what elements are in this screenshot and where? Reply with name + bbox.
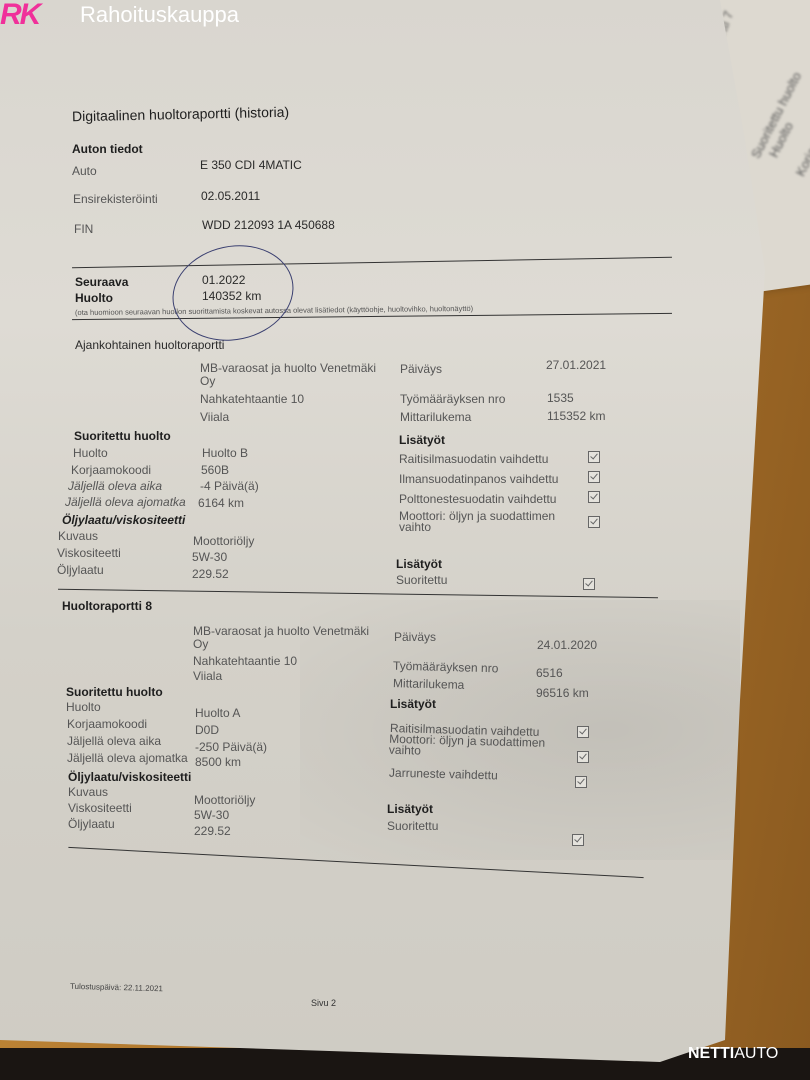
viscosity-label: Viskositeetti [68, 801, 132, 815]
remaining-time-label: Jäljellä oleva aika [67, 734, 161, 748]
background-paper-line: Korjaamo [793, 122, 810, 178]
odometer-value: 115352 km [547, 409, 605, 423]
checkbox-checked [588, 491, 600, 503]
page-number: Sivu 2 [311, 998, 336, 1008]
checkbox-checked [588, 451, 600, 463]
work-order-value: 1535 [547, 391, 574, 405]
first-registration-value: 02.05.2011 [201, 189, 260, 203]
performed-service-heading: Suoritettu huolto [66, 685, 163, 699]
oil-heading: Öljylaatu/viskositeetti [68, 770, 191, 784]
date-value: 27.01.2021 [546, 358, 606, 372]
workshop-code-value: 560B [201, 463, 229, 477]
checkbox-checked [588, 516, 600, 528]
nettiauto-logo-bold: NETTI [688, 1045, 734, 1062]
extra-work-item: Raitisilmasuodatin vaihdettu [399, 452, 548, 466]
report-8-heading: Huoltoraportti 8 [62, 599, 152, 613]
checkbox-checked [577, 726, 589, 738]
oil-grade-label: Öljylaatu [57, 563, 104, 577]
service-label: Huolto [66, 700, 101, 714]
work-order-label: Työmääräyksen nro [393, 659, 499, 676]
extra-work-item: Moottori: öljyn ja suodattimen vaihto [399, 511, 569, 533]
work-order-value: 6516 [536, 666, 563, 680]
extra-work-item: Jarruneste vaihdettu [389, 766, 498, 783]
workshop-city: Viiala [200, 410, 229, 424]
workshop-code-label: Korjaamokoodi [71, 463, 151, 477]
service-value: Huolto B [202, 446, 248, 460]
extra-work-heading: Lisätyöt [390, 697, 436, 711]
service-label: Huolto [73, 446, 108, 460]
date-value: 24.01.2020 [537, 638, 597, 652]
performed-service-heading: Suoritettu huolto [74, 429, 171, 443]
oil-grade-value: 229.52 [194, 824, 231, 838]
workshop-code-value: D0D [195, 723, 219, 737]
car-info-heading: Auton tiedot [72, 142, 143, 156]
extra-work-heading-2: Lisätyöt [387, 802, 433, 816]
remaining-distance-label: Jäljellä oleva ajomatka [67, 751, 188, 765]
workshop-name-suffix: Oy [200, 374, 215, 388]
workshop-city: Viiala [193, 669, 222, 683]
next-service-label: Seuraava [75, 275, 128, 289]
date-label: Päiväys [394, 630, 436, 644]
extra-work-item: Ilmansuodatinpanos vaihdettu [399, 472, 558, 486]
checkbox-checked [577, 751, 589, 763]
nettiauto-logo: NETTIAUTO [688, 1045, 778, 1063]
rahoituskauppa-logo-text: Rahoituskauppa [80, 2, 239, 28]
checkbox-checked [588, 471, 600, 483]
oil-grade-value: 229.52 [192, 567, 229, 581]
first-registration-label: Ensirekisteröinti [73, 192, 158, 206]
workshop-name: MB-varaosat ja huolto Venetmäki [193, 624, 369, 638]
workshop-address: Nahkatehtaantie 10 [193, 654, 297, 668]
oil-description-label: Kuvaus [58, 529, 98, 543]
work-order-label: Työmääräyksen nro [400, 392, 505, 406]
extra-work-item: Moottori: öljyn ja suodattimen vaihto [389, 734, 560, 760]
car-model-label: Auto [72, 164, 97, 178]
car-model-value: E 350 CDI 4MATIC [200, 158, 302, 172]
remaining-distance-value: 6164 km [198, 496, 244, 510]
date-label: Päiväys [400, 362, 442, 376]
odometer-value: 96516 km [536, 686, 589, 700]
rahoituskauppa-logo-icon: RK [0, 0, 39, 30]
workshop-name: MB-varaosat ja huolto Venetmäki [200, 361, 376, 375]
checkbox-checked [575, 776, 587, 788]
oil-heading: Öljylaatu/viskositeetti [62, 513, 185, 527]
checkbox-checked [572, 834, 584, 846]
oil-description-value: Moottoriöljy [193, 534, 254, 548]
completed-label: Suoritettu [387, 819, 438, 833]
workshop-name-suffix: Oy [193, 637, 208, 651]
vin-value: WDD 212093 1A 450688 [202, 218, 335, 232]
checkbox-checked [583, 578, 595, 590]
extra-work-heading-2: Lisätyöt [396, 557, 442, 571]
remaining-time-value: -250 Päivä(ä) [195, 740, 267, 754]
oil-description-value: Moottoriöljy [194, 793, 255, 807]
extra-work-item: Polttonestesuodatin vaihdettu [399, 492, 556, 506]
remaining-time-label: Jäljellä oleva aika [68, 479, 162, 493]
odometer-label: Mittarilukema [400, 410, 471, 424]
completed-label: Suoritettu [396, 573, 447, 587]
vin-label: FIN [74, 222, 93, 236]
viscosity-value: 5W-30 [194, 808, 229, 822]
current-report-heading: Ajankohtainen huoltoraportti [75, 338, 224, 352]
oil-grade-label: Öljylaatu [68, 817, 115, 831]
extra-work-heading: Lisätyöt [399, 433, 445, 447]
service-value: Huolto A [195, 706, 240, 720]
viscosity-value: 5W-30 [192, 550, 227, 564]
nettiauto-logo-light: AUTO [734, 1045, 778, 1062]
workshop-code-label: Korjaamokoodi [67, 717, 147, 731]
oil-description-label: Kuvaus [68, 785, 108, 799]
remaining-time-value: -4 Päivä(ä) [200, 479, 259, 493]
next-service-label-2: Huolto [75, 291, 113, 305]
odometer-label: Mittarilukema [393, 676, 465, 692]
remaining-distance-label: Jäljellä oleva ajomatka [65, 495, 186, 509]
remaining-distance-value: 8500 km [195, 755, 241, 769]
service-report-page [0, 0, 770, 1062]
workshop-address: Nahkatehtaantie 10 [200, 392, 304, 406]
viscosity-label: Viskositeetti [57, 546, 121, 560]
